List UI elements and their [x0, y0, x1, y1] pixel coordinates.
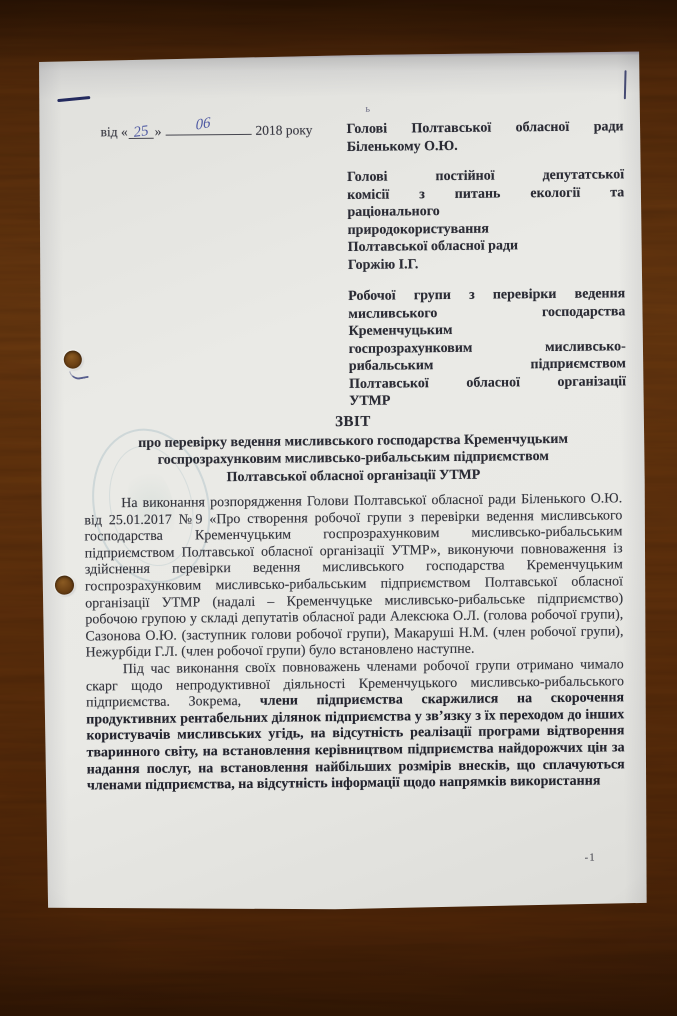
- pen-curve-mark: [69, 368, 89, 381]
- recipient-line: рибальським підприємством: [349, 355, 626, 375]
- recipient-line: Біленькому О.Ю.: [347, 136, 624, 156]
- recipient-line: Робочої групи з перевірки ведення: [348, 285, 625, 305]
- report-body: На виконання розпорядження Голови Полтав…: [84, 491, 625, 795]
- recipient-block-head-of-council: Голові Полтавської обласної ради Біленьк…: [347, 118, 624, 156]
- photo-of-document: ь від «25»062018 року Голові Полтавської…: [0, 0, 677, 1016]
- paragraph-2: Під час виконання своїх повноважень член…: [86, 657, 625, 795]
- recipient-line: Горжію І.Г.: [348, 254, 625, 274]
- date-suffix: 2018 року: [255, 122, 312, 138]
- recipient-block-commission-head: Голові постійної депутатської комісії з …: [347, 166, 625, 274]
- stray-ink-mark: ь: [365, 104, 370, 115]
- punch-hole-bottom: [55, 576, 74, 595]
- document-page: ь від «25»062018 року Голові Полтавської…: [37, 51, 649, 913]
- paragraph-1: На виконання розпорядження Голови Полтав…: [84, 491, 624, 662]
- date-quote-close: »: [155, 124, 162, 139]
- recipient-line: комісії з питань екології та: [347, 184, 624, 204]
- date-day-underline: 25: [129, 124, 154, 139]
- punch-hole-top: [64, 351, 82, 369]
- recipient-line: Полтавської обласної організації: [349, 373, 626, 393]
- handwritten-day: 25: [133, 123, 150, 142]
- recipient-block-working-group: Робочої групи з перевірки ведення мислив…: [348, 285, 626, 410]
- date-prefix: від «: [101, 124, 128, 139]
- recipient-line: Голові постійної депутатської: [347, 166, 624, 186]
- page-number: -1: [585, 852, 596, 864]
- recipient-line: Голові Полтавської обласної ради: [347, 118, 624, 138]
- pen-tick-mark: [624, 70, 627, 99]
- recipient-line: УТМР: [349, 390, 626, 410]
- date-line: від «25»062018 року: [101, 119, 313, 140]
- recipient-address-column: Голові Полтавської обласної ради Біленьк…: [347, 118, 627, 410]
- handwritten-month: 06: [195, 115, 210, 135]
- report-title: ЗВІТ про перевірку ведення мисливського …: [83, 411, 623, 487]
- recipient-line: мисливського господарства: [348, 303, 625, 323]
- pen-dash-mark: [57, 96, 90, 102]
- date-month-underline: 06: [165, 120, 251, 136]
